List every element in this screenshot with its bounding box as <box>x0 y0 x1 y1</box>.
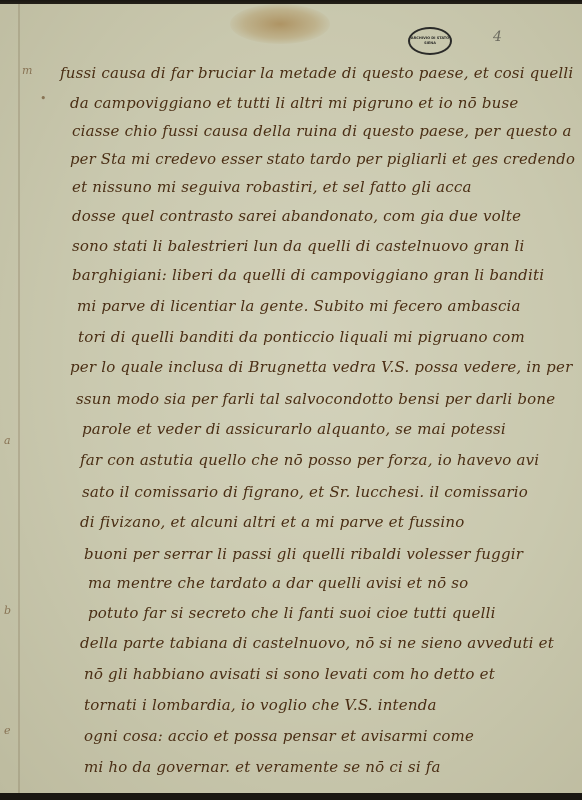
water-stain <box>230 4 330 44</box>
margin-mark: • <box>40 92 47 105</box>
manuscript-line: ogni cosa: accio et possa pensar et avis… <box>84 727 474 745</box>
manuscript-line: della parte tabiana di castelnuovo, nō s… <box>80 634 554 652</box>
manuscript-line: tori di quelli banditi da ponticcio liqu… <box>78 328 525 346</box>
margin-mark: m <box>22 64 32 77</box>
stamp-line-2: SIENA <box>424 41 436 46</box>
manuscript-line: nō gli habbiano avisati si sono levati c… <box>84 665 495 683</box>
manuscript-line: barghigiani: liberi da quelli di campovi… <box>72 266 544 284</box>
archive-stamp: ARCHIVIO DI STATO SIENA <box>408 27 452 55</box>
manuscript-line: sono stati li balestrieri lun da quelli … <box>72 237 525 255</box>
manuscript-line: ma mentre che tardato a dar quelli avisi… <box>88 574 468 592</box>
manuscript-line: mi ho da governar. et veramente se nō ci… <box>84 758 441 776</box>
manuscript-line: ssun modo sia per farli tal salvocondott… <box>76 390 555 408</box>
page-fold-line <box>18 4 20 794</box>
margin-mark: b <box>4 604 11 617</box>
manuscript-line: per lo quale inclusa di Brugnetta vedra … <box>70 358 572 376</box>
manuscript-line: di fivizano, et alcuni altri et a mi par… <box>80 513 464 531</box>
manuscript-line: mi parve di licentiar la gente. Subito m… <box>77 297 521 315</box>
margin-mark: a <box>4 434 11 447</box>
manuscript-line: dosse quel contrasto sarei abandonato, c… <box>72 207 521 225</box>
page-bottom-edge <box>0 793 582 800</box>
manuscript-line: fussi causa di far bruciar la metade di … <box>60 64 573 82</box>
manuscript-line: far con astutia quello che nō posso per … <box>80 451 539 469</box>
manuscript-line: potuto far si secreto che li fanti suoi … <box>88 604 496 622</box>
manuscript-line: buoni per serrar li passi gli quelli rib… <box>84 545 523 563</box>
manuscript-line: sato il comissario di figrano, et Sr. lu… <box>82 483 528 501</box>
margin-mark: e <box>4 724 11 737</box>
manuscript-line: da campoviggiano et tutti li altri mi pi… <box>70 94 518 112</box>
manuscript-line: et nissuno mi seguiva robastiri, et sel … <box>72 178 472 196</box>
manuscript-line: per Sta mi credevo esser stato tardo per… <box>70 150 575 168</box>
manuscript-line: ciasse chio fussi causa della ruina di q… <box>72 122 572 140</box>
manuscript-line: tornati i lombardia, io voglio che V.S. … <box>84 696 437 714</box>
folio-number: 4 <box>493 29 502 45</box>
manuscript-line: parole et veder di assicurarlo alquanto,… <box>82 420 506 438</box>
manuscript-page: ARCHIVIO DI STATO SIENA 4 m • a b e fuss… <box>0 4 582 794</box>
